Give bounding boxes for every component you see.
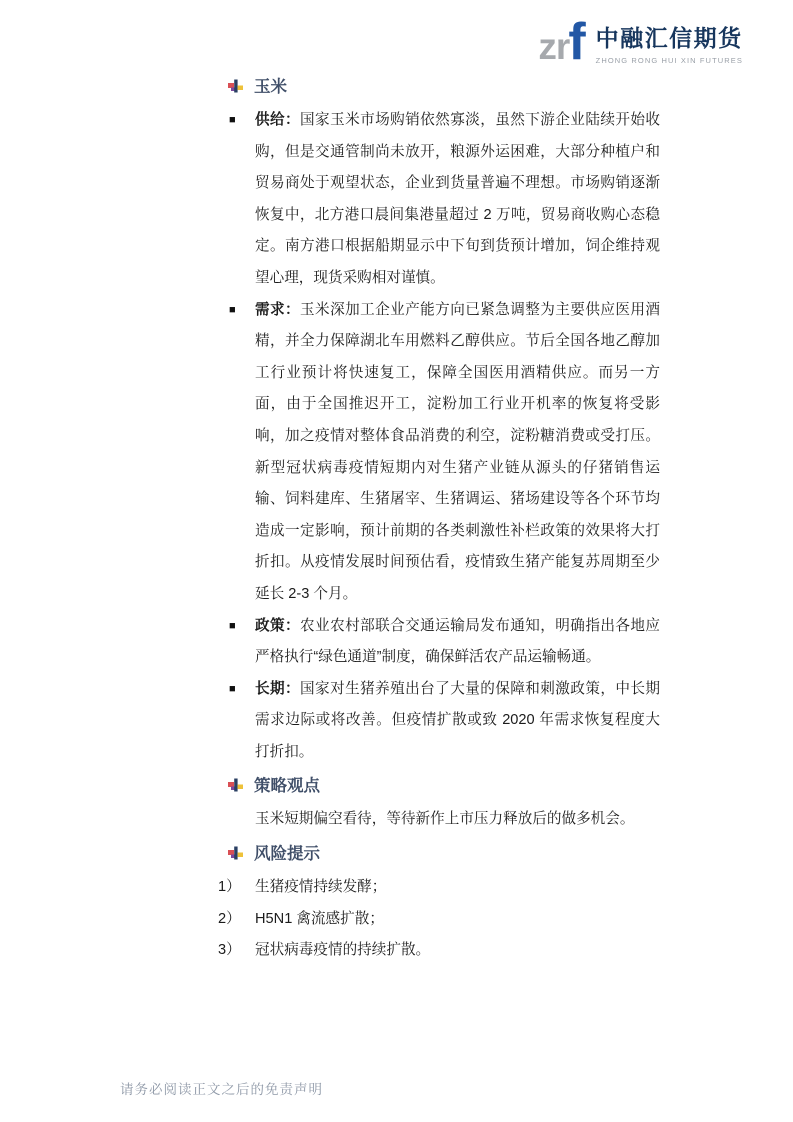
logo-mark-zr: zr [538, 28, 569, 65]
logo-text: 中融汇信期货 ZHONG RONG HUI XIN FUTURES [596, 20, 743, 65]
square-bullet-icon: ■ [229, 674, 236, 706]
risk-text: 生猪疫情持续发酵； [255, 872, 386, 904]
square-bullet-icon: ■ [229, 295, 236, 327]
risk-number: 3） [218, 935, 255, 967]
logo-mark: zrf [538, 16, 585, 68]
risk-text: 冠状病毒疫情的持续扩散。 [255, 935, 430, 967]
company-logo: zrf 中融汇信期货 ZHONG RONG HUI XIN FUTURES [538, 14, 743, 68]
section-title-risk: 风险提示 [228, 841, 660, 867]
bullet-label: 政策： [255, 618, 300, 634]
report-body: 玉米 ■ 供给：国家玉米市场购销依然寡淡，虽然下游企业陆续开始收购，但是交通管制… [218, 74, 660, 967]
risk-number: 2） [218, 904, 255, 936]
pinwheel-logo-icon [228, 778, 243, 794]
bullet-text: 国家玉米市场购销依然寡淡，虽然下游企业陆续开始收购，但是交通管制尚未放开，粮源外… [255, 112, 660, 286]
bullet-text: 国家对生猪养殖出台了大量的保障和刺激政策，中长期需求边际或将改善。但疫情扩散或致… [255, 681, 660, 760]
section-title-strategy: 策略观点 [228, 773, 660, 799]
bullet-label: 需求： [255, 302, 300, 318]
list-item: 3） 冠状病毒疫情的持续扩散。 [218, 935, 660, 967]
risk-heading: 风险提示 [254, 841, 320, 867]
risk-text: H5N1 禽流感扩散； [255, 904, 384, 936]
risk-number: 1） [218, 872, 255, 904]
risk-list: 1） 生猪疫情持续发酵； 2） H5N1 禽流感扩散； 3） 冠状病毒疫情的持续… [218, 872, 660, 967]
strategy-text: 玉米短期偏空看待，等待新作上市压力释放后的做多机会。 [218, 804, 660, 836]
footer-disclaimer: 请务必阅读正文之后的免责声明 [120, 1078, 323, 1098]
bullet-paragraph-demand: ■ 需求：玉米深加工企业产能方向已紧急调整为主要供应医用酒精，并全力保障湖北车用… [218, 295, 660, 611]
page-title: 玉米 [254, 74, 287, 100]
bullet-text: 玉米深加工企业产能方向已紧急调整为主要供应医用酒精，并全力保障湖北车用燃料乙醇供… [255, 302, 660, 602]
bullet-paragraph-policy: ■ 政策：农业农村部联合交通运输局发布通知，明确指出各地应严格执行“绿色通道”制… [218, 611, 660, 674]
pinwheel-logo-icon [228, 846, 243, 862]
bullet-label: 长期： [255, 681, 300, 697]
square-bullet-icon: ■ [229, 611, 236, 643]
company-name-en: ZHONG RONG HUI XIN FUTURES [596, 56, 743, 65]
section-title-corn: 玉米 [228, 74, 660, 100]
report-page: zrf 中融汇信期货 ZHONG RONG HUI XIN FUTURES 玉米… [0, 0, 793, 1122]
list-item: 2） H5N1 禽流感扩散； [218, 904, 660, 936]
pinwheel-logo-icon [228, 79, 243, 95]
company-name-cn: 中融汇信期货 [596, 20, 743, 53]
bullet-paragraph-longterm: ■ 长期：国家对生猪养殖出台了大量的保障和刺激政策，中长期需求边际或将改善。但疫… [218, 674, 660, 769]
bullet-label: 供给： [255, 112, 300, 128]
strategy-heading: 策略观点 [254, 773, 320, 799]
logo-mark-f: f [568, 16, 585, 68]
bullet-paragraph-supply: ■ 供给：国家玉米市场购销依然寡淡，虽然下游企业陆续开始收购，但是交通管制尚未放… [218, 105, 660, 295]
list-item: 1） 生猪疫情持续发酵； [218, 872, 660, 904]
bullet-text: 农业农村部联合交通运输局发布通知，明确指出各地应严格执行“绿色通道”制度，确保鲜… [255, 618, 660, 666]
square-bullet-icon: ■ [229, 105, 236, 137]
